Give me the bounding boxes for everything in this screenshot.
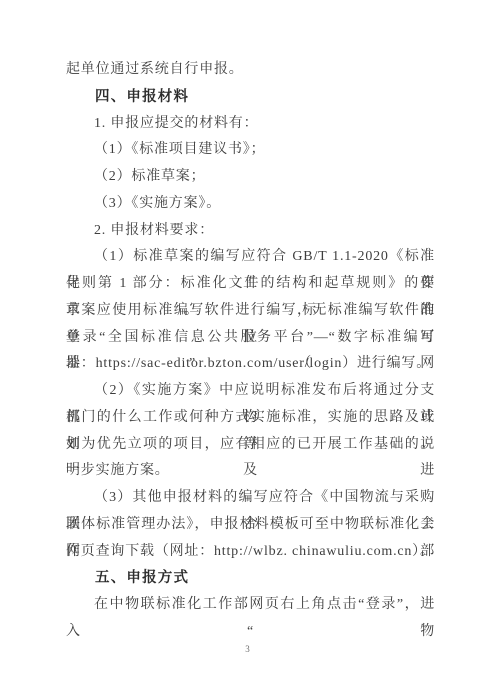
text-line: 2. 申报材料要求： bbox=[66, 218, 435, 245]
text-line-url: 网页查询下载（网址：http://wlbz. chinawuliu.com.cn… bbox=[66, 539, 435, 566]
text-line: 1. 申报应提交的材料有： bbox=[66, 111, 435, 138]
text-line: （1）《标准项目建议书》； bbox=[66, 137, 435, 164]
document-page: 起单位通过系统自行申报。 四、申报材料 1. 申报应提交的材料有： （1）《标准… bbox=[0, 0, 495, 700]
text-line: （3）其他申报材料的编写应符合《中国物流与采购联合会 bbox=[66, 485, 435, 512]
text-line: 部门的什么工作或何种方式实施标准，实施的思路及计划等。 bbox=[66, 405, 435, 432]
text-line: （2）《实施方案》中应说明标准发布后将通过分支机构或 bbox=[66, 378, 435, 405]
text-line-url: 址：https://sac-editor.bzton.com/user/logi… bbox=[66, 351, 435, 378]
section-heading: 四、申报材料 bbox=[66, 84, 435, 111]
text-line: （1）标准草案的编写应符合 GB/T 1.1-2020《标准化工作 bbox=[66, 244, 435, 271]
text-line: 如为优先立项的项目，应有相应的已开展工作基础的说明及进 bbox=[66, 432, 435, 459]
text-line: 起单位通过系统自行申报。 bbox=[66, 57, 435, 84]
text-line: 登录“全国标准信息公共服务平台”—“数字标准编写器”（网 bbox=[66, 325, 435, 352]
text-line: （3）《实施方案》。 bbox=[66, 191, 435, 218]
text-line: 团体标准管理办法》，申报材料模板可至中物联标准化工作部 bbox=[66, 512, 435, 539]
document-text-block: 起单位通过系统自行申报。 四、申报材料 1. 申报应提交的材料有： （1）《标准… bbox=[66, 57, 435, 619]
section-heading: 五、申报方式 bbox=[66, 565, 435, 592]
text-line: 草案应使用标准编写软件进行编写，无标准编写软件的单位可 bbox=[66, 298, 435, 325]
text-line: （2）标准草案； bbox=[66, 164, 435, 191]
text-line: 导则第 1 部分：标准化文件的结构和起草规则》的要求。标准 bbox=[66, 271, 435, 298]
page-number: 3 bbox=[0, 644, 495, 654]
text-line: 在中物联标准化工作部网页右上角点击“登录”，进入“物 bbox=[66, 592, 435, 619]
